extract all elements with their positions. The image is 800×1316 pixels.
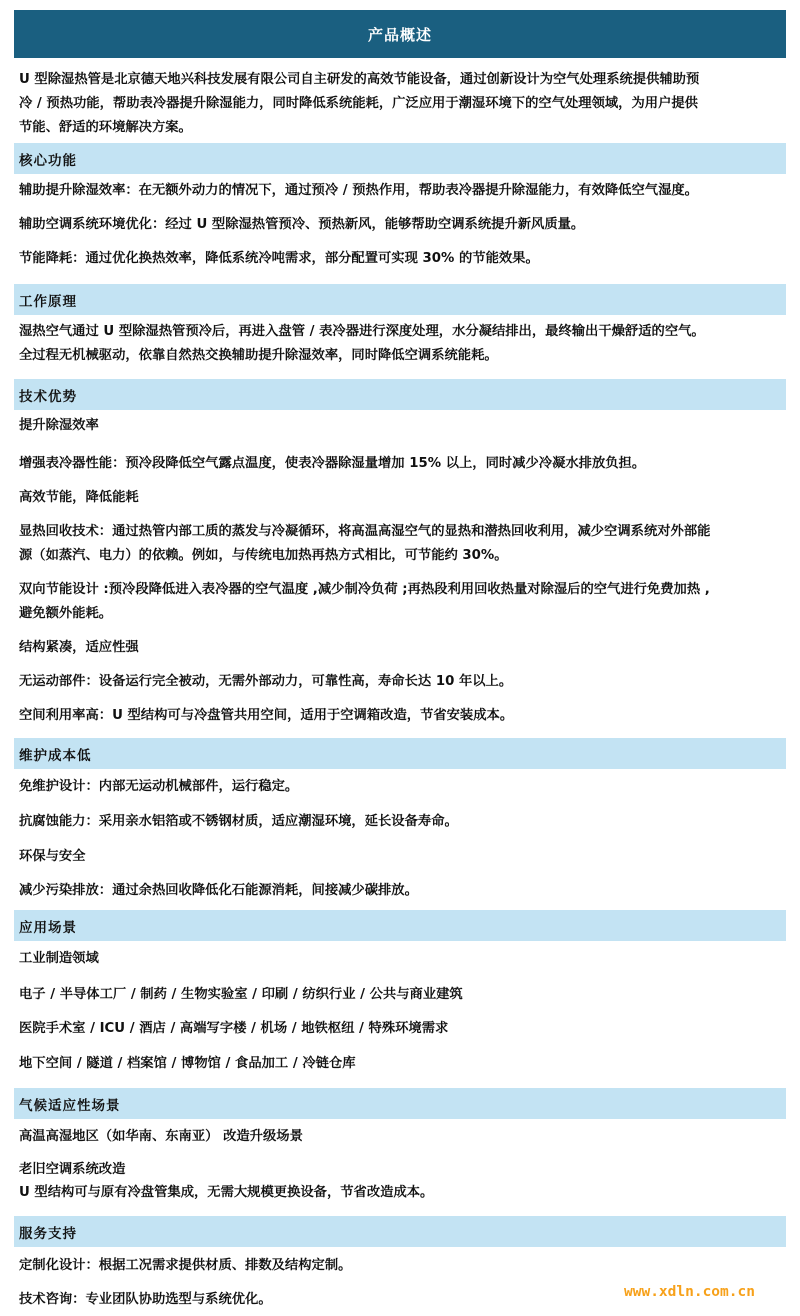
climate-item: U 型结构可与原有冷盘管集成，无需大规模更换设备，节省改造成本。 [19, 1181, 789, 1205]
climate-item: 高温高湿地区（如华南、东南亚） 改造升级场景 [19, 1125, 789, 1149]
advantage-item-line-1: 显热回收技术：通过热管内部工质的蒸发与冷凝循环，将高温高湿空气的显热和潜热回收利… [19, 520, 789, 544]
section-title: 工作原理 [14, 290, 77, 310]
product-overview-header: 产品概述 [14, 10, 786, 58]
overview-line-1: U 型除湿热管是北京德天地兴科技发展有限公司自主研发的高效节能设备，通过创新设计… [19, 68, 789, 92]
section-header-service: 服务支持 [14, 1216, 786, 1247]
section-title: 维护成本低 [14, 744, 92, 764]
section-header-applications: 应用场景 [14, 910, 786, 941]
section-header-climate: 气候适应性场景 [14, 1088, 786, 1119]
subheading-retrofit: 老旧空调系统改造 [19, 1158, 789, 1182]
advantage-item-line-2: 源（如蒸汽、电力）的依赖。例如，与传统电加热再热方式相比，可节能约 30%。 [19, 544, 789, 568]
advantage-item: 无运动部件：设备运行完全被动，无需外部动力，可靠性高，寿命长达 10 年以上。 [19, 670, 789, 694]
application-row: 地下空间 / 隧道 / 档案馆 / 博物馆 / 食品加工 / 冷链仓库 [19, 1052, 789, 1076]
section-title: 气候适应性场景 [14, 1094, 121, 1114]
section-header-low-maintenance: 维护成本低 [14, 738, 786, 769]
core-function-item: 辅助空调系统环境优化：经过 U 型除湿热管预冷、预热新风，能够帮助空调系统提升新… [19, 213, 789, 237]
section-title: 核心功能 [14, 149, 77, 169]
principle-line-1: 湿热空气通过 U 型除湿热管预冷后，再进入盘管 / 表冷器进行深度处理，水分凝结… [19, 320, 789, 344]
section-title: 应用场景 [14, 916, 77, 936]
application-row: 电子 / 半导体工厂 / 制药 / 生物实验室 / 印刷 / 纺织行业 / 公共… [19, 983, 789, 1007]
application-row: 医院手术室 / ICU / 酒店 / 高端写字楼 / 机场 / 地铁枢纽 / 特… [19, 1017, 789, 1041]
maintenance-item: 减少污染排放：通过余热回收降低化石能源消耗，间接减少碳排放。 [19, 879, 789, 903]
section-header-core-functions: 核心功能 [14, 143, 786, 174]
subheading-energy-saving: 高效节能，降低能耗 [19, 486, 789, 510]
maintenance-item: 抗腐蚀能力：采用亲水铝箔或不锈钢材质，适应潮湿环境，延长设备寿命。 [19, 810, 789, 834]
page-title: 产品概述 [368, 24, 432, 45]
core-function-item: 辅助提升除湿效率：在无额外动力的情况下，通过预冷 / 预热作用，帮助表冷器提升除… [19, 179, 789, 203]
website-watermark: www.xdln.com.cn [624, 1284, 755, 1300]
section-header-tech-advantages: 技术优势 [14, 379, 786, 410]
advantage-item-line-2: 避免额外能耗。 [19, 602, 789, 626]
section-header-working-principle: 工作原理 [14, 284, 786, 315]
subheading-environment: 环保与安全 [19, 845, 789, 869]
subheading-compact: 结构紧凑，适应性强 [19, 636, 789, 660]
core-function-item: 节能降耗：通过优化换热效率，降低系统冷吨需求，部分配置可实现 30% 的节能效果… [19, 247, 789, 271]
principle-line-2: 全过程无机械驱动，依靠自然热交换辅助提升除湿效率，同时降低空调系统能耗。 [19, 344, 789, 368]
subheading-dehumidify: 提升除湿效率 [19, 414, 789, 438]
maintenance-item: 免维护设计：内部无运动机械部件，运行稳定。 [19, 775, 789, 799]
advantage-item: 增强表冷器性能：预冷段降低空气露点温度，使表冷器除湿量增加 15% 以上，同时减… [19, 452, 789, 476]
overview-line-3: 节能、舒适的环境解决方案。 [19, 116, 789, 140]
subheading-industrial: 工业制造领域 [19, 947, 789, 971]
overview-line-2: 冷 / 预热功能，帮助表冷器提升除湿能力，同时降低系统能耗，广泛应用于潮湿环境下… [19, 92, 789, 116]
advantage-item-line-1: 双向节能设计 :预冷段降低进入表冷器的空气温度 ,减少制冷负荷 ;再热段利用回收… [19, 578, 789, 602]
service-item: 定制化设计：根据工况需求提供材质、排数及结构定制。 [19, 1254, 789, 1278]
advantage-item: 空间利用率高：U 型结构可与冷盘管共用空间，适用于空调箱改造，节省安装成本。 [19, 704, 789, 728]
section-title: 服务支持 [14, 1222, 77, 1242]
section-title: 技术优势 [14, 385, 77, 405]
